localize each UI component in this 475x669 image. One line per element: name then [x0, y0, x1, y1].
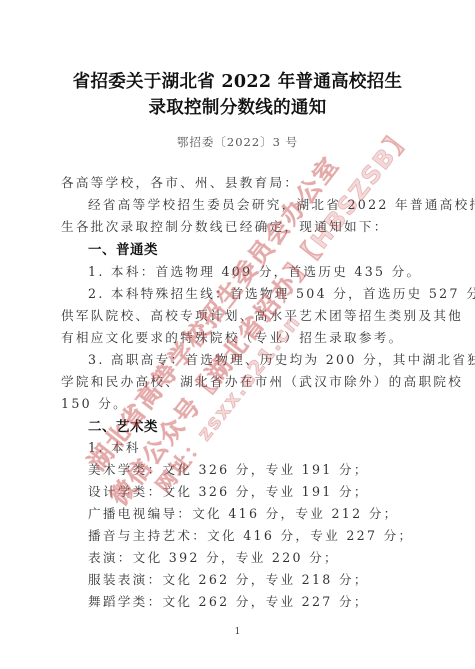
- general-item-2-line-2: 供军队院校、高校专项计划、高水平艺术团等招生类别及其他: [61, 305, 463, 324]
- general-item-3-line-1: 3. 高职高专：首选物理、历史均为 200 分，其中湖北省独立: [88, 349, 475, 368]
- general-item-3-line-2: 学院和民办高校、湖北省办在市州（武汉市除外）的高职院校: [61, 371, 463, 390]
- document-title-line2: 录取控制分数线的通知: [0, 94, 475, 119]
- art-row: 舞蹈学类：文化 262 分，专业 227 分；: [88, 591, 369, 610]
- art-subheading-undergrad: 1. 本科: [88, 437, 141, 456]
- general-item-2-line-3: 有相应文化要求的特殊院校（专业）招生录取参考。: [61, 327, 404, 346]
- general-item-3-line-3: 150 分。: [61, 393, 128, 412]
- art-row: 广播电视编导：文化 416 分，专业 212 分；: [88, 503, 399, 522]
- document-title-line1: 省招委关于湖北省 2022 年普通高校招生: [0, 68, 475, 93]
- section-heading-general: 一、普通类: [88, 238, 158, 258]
- art-row: 播音与主持艺术：文化 416 分，专业 227 分；: [88, 525, 413, 544]
- intro-line-2: 生各批次录取控制分数线已经确定，现通知如下：: [61, 216, 389, 235]
- document-page: 省招委关于湖北省 2022 年普通高校招生 录取控制分数线的通知 鄂招委〔202…: [0, 0, 475, 669]
- general-item-1: 1. 本科：首选物理 409 分，首选历史 435 分。: [88, 261, 421, 280]
- art-row: 设计学类：文化 326 分，专业 191 分；: [88, 481, 369, 500]
- intro-line-1: 经省高等学校招生委员会研究，湖北省 2022 年普通高校招: [88, 194, 475, 213]
- document-number: 鄂招委〔2022〕3 号: [0, 134, 475, 150]
- art-row: 美术学类：文化 326 分，专业 191 分；: [88, 459, 369, 478]
- general-item-2-line-1: 2. 本科特殊招生线：首选物理 504 分，首选历史 527 分。: [88, 283, 475, 302]
- section-heading-art: 二、艺术类: [88, 415, 158, 435]
- art-row: 表演：文化 392 分，专业 220 分；: [88, 547, 339, 566]
- page-number: 1: [0, 627, 475, 637]
- salutation: 各高等学校，各市、州、县教育局：: [61, 172, 299, 191]
- art-row: 服装表演：文化 262 分，专业 218 分；: [88, 569, 369, 588]
